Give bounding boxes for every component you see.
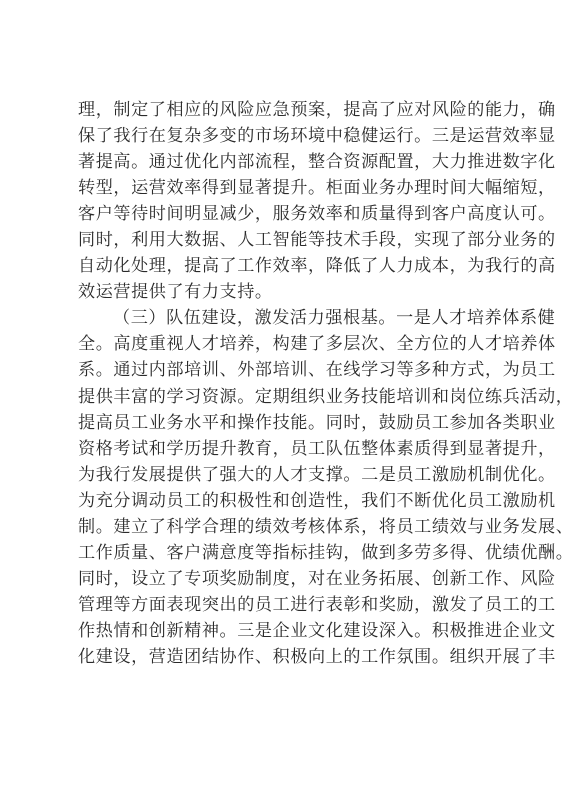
text-line: 保了我行在复杂多变的市场环境中稳健运行。三是运营效率显	[78, 123, 498, 149]
text-line: 管理等方面表现突出的员工进行表彰和奖励，激发了员工的工	[78, 592, 498, 618]
text-line: 著提高。通过优化内部流程，整合资源配置，大力推进数字化	[78, 149, 498, 175]
text-line: 客户等待时间明显减少，服务效率和质量得到客户高度认可。	[78, 201, 498, 227]
text-line: 作热情和创新精神。三是企业文化建设深入。积极推进企业文	[78, 618, 498, 644]
section-heading-line: （三）队伍建设，激发活力强根基。一是人才培养体系健	[78, 305, 498, 331]
text-line: 化建设，营造团结协作、积极向上的工作氛围。组织开展了丰	[78, 644, 498, 670]
body-text: 理，制定了相应的风险应急预案，提高了应对风险的能力，确 保了我行在复杂多变的市场…	[78, 97, 498, 670]
text-line: 为我行发展提供了强大的人才支撑。二是员工激励机制优化。	[78, 462, 498, 488]
text-line: 理，制定了相应的风险应急预案，提高了应对风险的能力，确	[78, 97, 498, 123]
document-page: 理，制定了相应的风险应急预案，提高了应对风险的能力，确 保了我行在复杂多变的市场…	[0, 0, 570, 807]
text-line: 为充分调动员工的积极性和创造性，我们不断优化员工激励机	[78, 488, 498, 514]
text-line: 提高员工业务水平和操作技能。同时，鼓励员工参加各类职业	[78, 410, 498, 436]
text-line: 工作质量、客户满意度等指标挂钩，做到多劳多得、优绩优酬。	[78, 540, 498, 566]
text-line: 全。高度重视人才培养，构建了多层次、全方位的人才培养体	[78, 331, 498, 357]
text-line: 效运营提供了有力支持。	[78, 279, 498, 305]
text-line: 同时，设立了专项奖励制度，对在业务拓展、创新工作、风险	[78, 566, 498, 592]
text-line: 转型，运营效率得到显著提升。柜面业务办理时间大幅缩短，	[78, 175, 498, 201]
text-line: 系。通过内部培训、外部培训、在线学习等多种方式，为员工	[78, 357, 498, 383]
text-line: 提供丰富的学习资源。定期组织业务技能培训和岗位练兵活动，	[78, 384, 498, 410]
text-line: 同时，利用大数据、人工智能等技术手段，实现了部分业务的	[78, 227, 498, 253]
text-line: 自动化处理，提高了工作效率，降低了人力成本，为我行的高	[78, 253, 498, 279]
text-line: 制。建立了科学合理的绩效考核体系，将员工绩效与业务发展、	[78, 514, 498, 540]
text-line: 资格考试和学历提升教育，员工队伍整体素质得到显著提升，	[78, 436, 498, 462]
